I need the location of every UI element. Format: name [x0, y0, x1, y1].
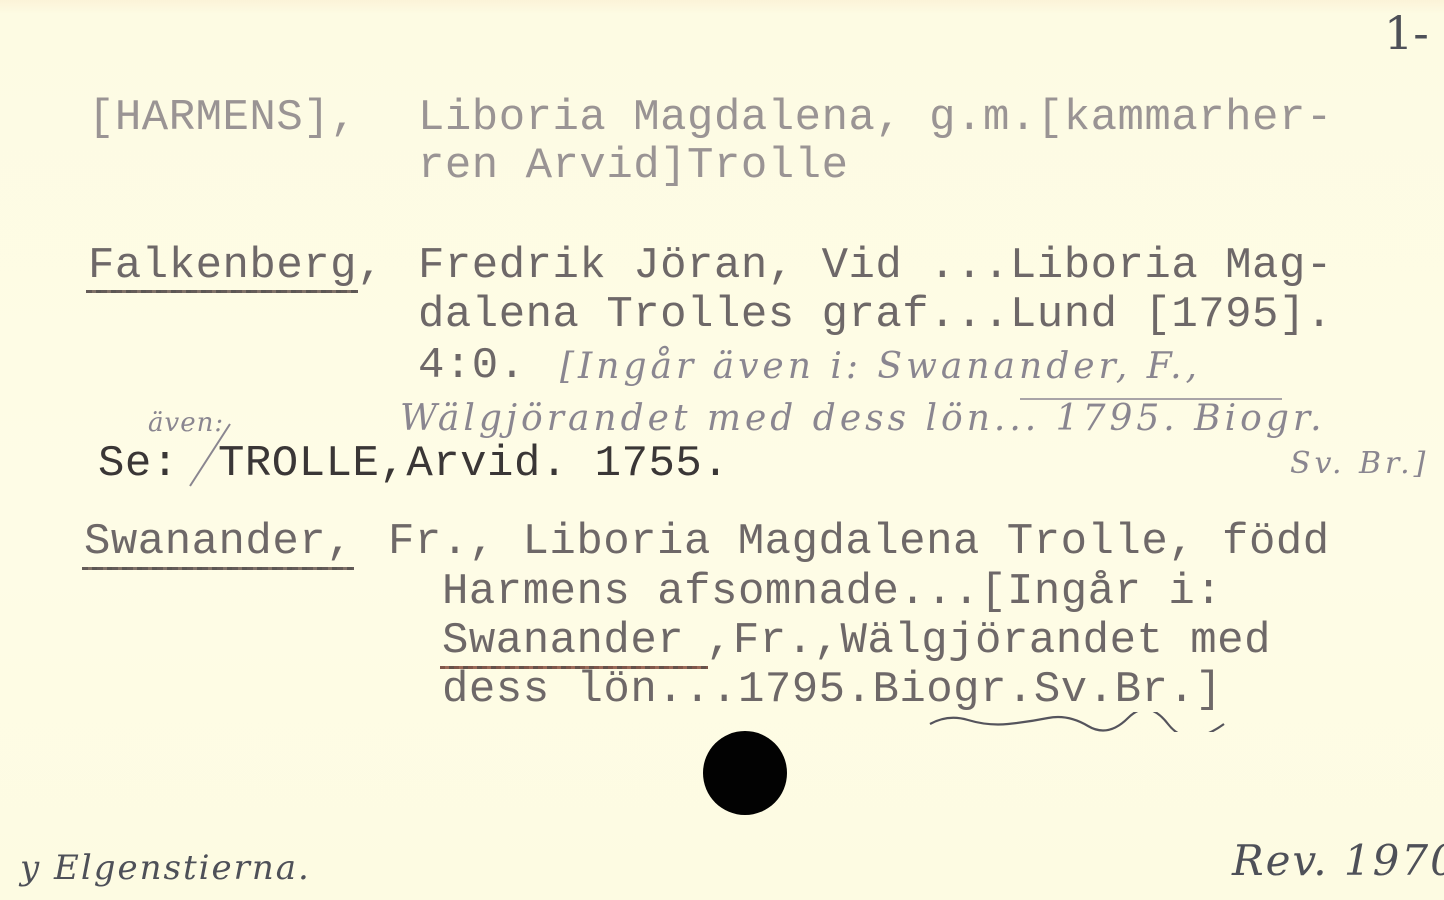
footer-right-note: Rev. 1970 — [1232, 836, 1444, 885]
entry3-line2: Harmens afsomnade...[Ingår i: — [442, 568, 1222, 617]
footer-left-note: y Elgenstierna. — [20, 848, 311, 888]
wavy-underline — [928, 712, 1228, 732]
entry2-format: 4:0. — [418, 342, 526, 391]
entry1-line1: Liboria Magdalena, g.m.[kammarher- — [418, 94, 1333, 143]
entry3-line3-underlined: Swanander — [442, 617, 684, 666]
entry3-line4: dess lön...1795.Biogr.Sv.Br.] — [442, 666, 1222, 715]
entry1-line2: ren Arvid]Trolle — [418, 142, 848, 191]
entry2-line2: dalena Trolles graf...Lund [1795]. — [418, 291, 1333, 340]
entry3-line3-rest: ,Fr.,Wälgjörandet med — [706, 617, 1271, 666]
entry2-handwritten-note-2: Wälgjörandet med dess lön... 1795. Biogr… — [400, 398, 1326, 439]
entry2-heading-underline — [86, 290, 358, 293]
see-also-label: Se: — [98, 440, 179, 489]
catalog-card: 1- [HARMENS], Liboria Magdalena, g.m.[ka… — [0, 0, 1444, 900]
entry3-line1: Fr., Liboria Magdalena Trolle, född — [388, 518, 1330, 567]
entry2-line1: Fredrik Jöran, Vid ...Liboria Mag- — [418, 242, 1333, 291]
entry1-heading: [HARMENS], — [88, 94, 357, 143]
corner-mark: 1- — [1384, 6, 1429, 60]
punch-hole — [703, 731, 787, 815]
entry3-heading-underline — [82, 567, 354, 570]
entry2-heading: Falkenberg, — [88, 242, 384, 291]
entry2-handwritten-note-1: [Ingår även i: Swanander, F., — [560, 346, 1201, 387]
entry3-heading: Swanander, — [84, 518, 353, 567]
entry2-handwritten-note-3: Sv. Br.] — [1290, 446, 1429, 481]
see-also-reference: TROLLE,Arvid. 1755. — [218, 440, 729, 489]
